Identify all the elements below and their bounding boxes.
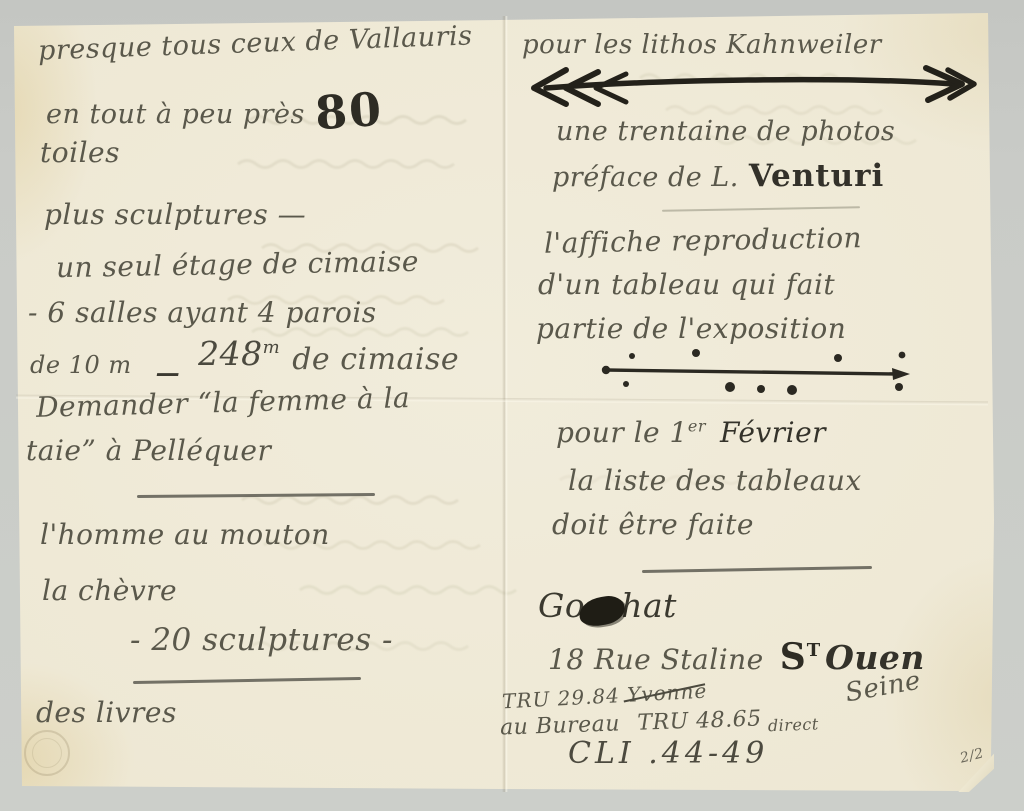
metres-suffix: de cimaise — [292, 342, 459, 377]
name-suffix: hat — [621, 586, 677, 625]
right-line-tableau: d'un tableau qui fait — [538, 268, 835, 301]
left-line-mouton: l'homme au mouton — [40, 518, 330, 551]
venturi-name: Venturi — [749, 158, 884, 194]
left-line-livres: des livres — [36, 696, 177, 729]
dash-mark: — — [156, 358, 181, 387]
right-line-address: 18 Rue StalineSTOuen — [548, 636, 925, 678]
metres-unit: m — [263, 337, 281, 358]
fevrier-month: Février — [720, 416, 826, 449]
dotted-divider-icon — [596, 346, 918, 398]
vertical-fold-crease — [502, 16, 508, 792]
left-line-chevre: la chèvre — [42, 574, 177, 607]
fevrier-ordinal: er — [688, 417, 706, 436]
preface-text: préface de L. — [552, 162, 739, 193]
right-line-faite: doit être faite — [552, 508, 754, 541]
double-arrow-icon — [522, 62, 974, 108]
left-line-salles: - 6 salles ayant 4 parois — [28, 296, 377, 329]
left-line-sculptures: plus sculptures — — [44, 198, 306, 231]
right-line-photos: une trentaine de photos — [556, 116, 895, 147]
metres-number: 248 — [198, 334, 263, 373]
left-line-pellequer: taie” à Pelléquer — [26, 434, 271, 467]
count-80: 80 — [313, 82, 385, 141]
right-line-affiche: l'affiche reproduction — [544, 221, 863, 260]
left-line-cimaise-metres: de 10 m—248mde cimaise — [30, 342, 459, 381]
phone-home-note: Yvonne — [627, 679, 708, 707]
left-line-total-text: en tout à peu près — [46, 99, 305, 130]
right-line-preface: préface de L.Venturi — [552, 158, 884, 194]
scanned-document: presque tous ceux de Vallauris en tout à… — [0, 0, 1024, 811]
metres-prefix: de 10 m — [30, 351, 132, 379]
city-initial: ST — [780, 636, 821, 678]
name-prefix: Go — [538, 586, 585, 625]
phone-office-note: direct — [768, 714, 820, 735]
street-address: 18 Rue Staline — [548, 643, 764, 676]
right-line-kahnweiler: pour les lithos Kahnweiler — [522, 30, 882, 60]
left-line-etage: un seul étage de cimaise — [56, 245, 419, 284]
embossed-stamp-icon — [24, 730, 70, 776]
fevrier-prefix: pour le 1 — [556, 416, 688, 449]
left-line-toiles: toiles — [40, 136, 120, 169]
right-line-phone-cli: CLI .44-49 — [568, 736, 768, 771]
city-s: S — [780, 636, 807, 678]
right-line-contact-name: Gohat — [538, 586, 677, 625]
left-line-20-sculptures: - 20 sculptures - — [130, 622, 393, 658]
left-line-total: en tout à peu près80 — [46, 80, 383, 134]
right-line-exposition: partie de l'exposition — [536, 312, 846, 345]
metres-value: 248m — [198, 334, 280, 373]
right-line-fevrier: pour le 1erFévrier — [556, 416, 826, 449]
right-line-liste: la liste des tableaux — [568, 464, 862, 497]
phone-office-number: TRU 48.65 — [637, 706, 762, 735]
city-sup-t: T — [807, 640, 821, 661]
